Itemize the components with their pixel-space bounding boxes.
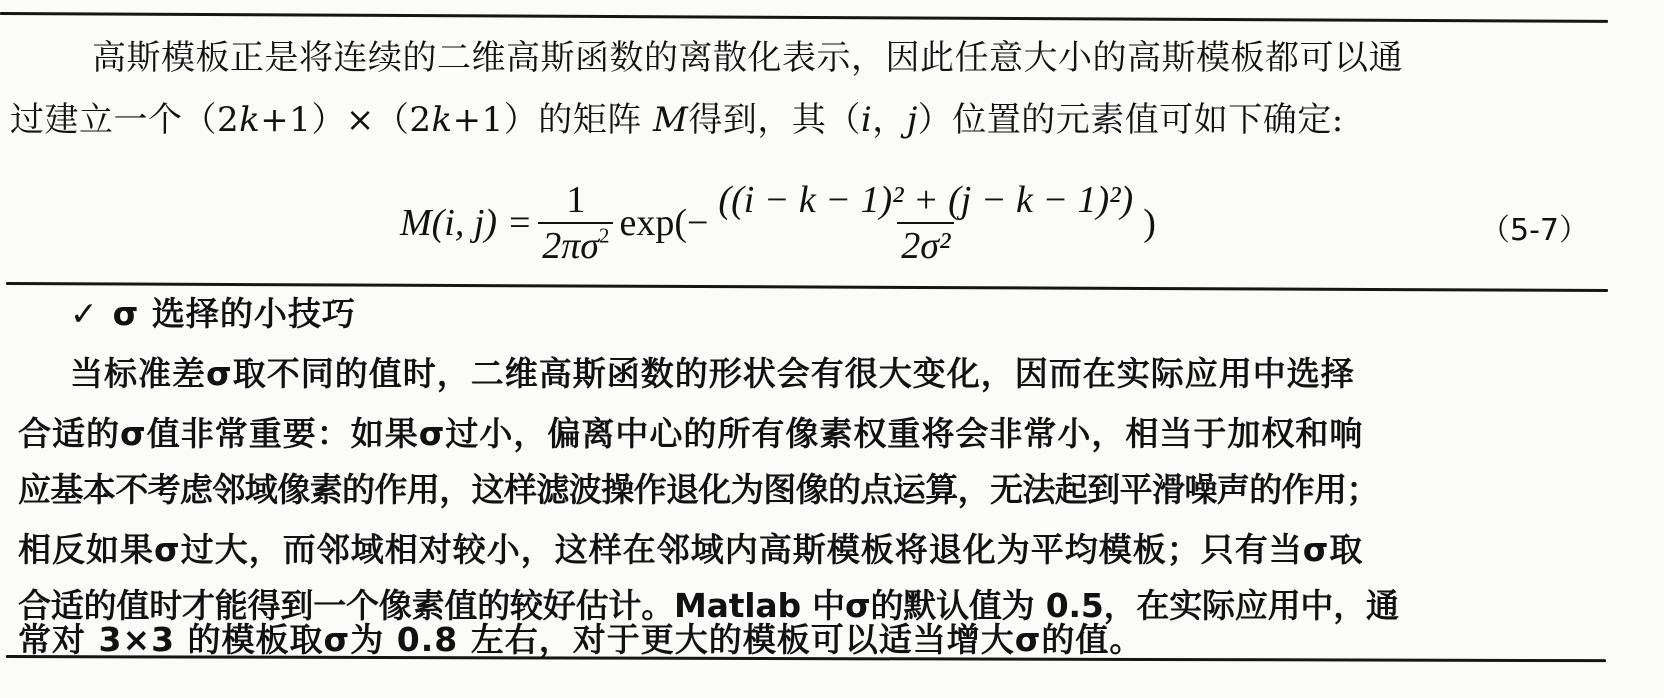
- formula-lhs: M(i, j) =: [400, 201, 532, 245]
- tip-line-4: 相反如果σ过大，而邻域相对较小，这样在邻域内高斯模板将退化为平均模板；只有当σ取: [18, 530, 1363, 570]
- exp-open: exp(−: [619, 201, 708, 245]
- equation-number: （5-7）: [1480, 205, 1589, 249]
- math-variable-k: k: [432, 100, 453, 140]
- math-variable-i: i: [861, 100, 872, 140]
- text-segment: ）位置的元素值可如下确定:: [918, 100, 1344, 140]
- tip-top-divider: [6, 282, 1608, 292]
- exponent-fraction: ((i − k − 1)² + (j − k − 1)²) 2σ²: [714, 180, 1137, 266]
- tip-heading: ✓σ 选择的小技巧: [70, 294, 356, 334]
- coefficient-denominator: 2πσ2: [538, 222, 613, 266]
- paragraph-text: 高斯模板正是将连续的二维高斯函数的离散化表示，因此任意大小的高斯模板都可以通: [92, 38, 1403, 78]
- paragraph-line-1: 高斯模板正是将连续的二维高斯函数的离散化表示，因此任意大小的高斯模板都可以通: [92, 38, 1403, 78]
- exponent-denominator: 2σ²: [897, 222, 954, 266]
- check-mark-icon: ✓: [70, 294, 99, 333]
- coefficient-numerator: 1: [562, 180, 589, 222]
- text-segment: +1）的矩阵: [453, 100, 642, 140]
- exp-close: ): [1143, 201, 1156, 245]
- math-variable-M: M: [653, 100, 688, 140]
- tip-line-2: 合适的σ值非常重要：如果σ过小，偏离中心的所有像素权重将会非常小，相当于加权和响: [18, 414, 1363, 454]
- tip-line-3: 应基本不考虑邻域像素的作用，这样滤波操作退化为图像的点运算，无法起到平滑噪声的作…: [18, 470, 1379, 510]
- tip-title: σ 选择的小技巧: [113, 294, 356, 333]
- math-variable-k: k: [239, 100, 260, 140]
- gaussian-formula: M(i, j) = 1 2πσ2 exp(− ((i − k − 1)² + (…: [400, 178, 1156, 268]
- paragraph-line-2: 过建立一个（2k+1）×（2k+1）的矩阵 M得到，其（i，j）位置的元素值可如…: [10, 100, 1344, 140]
- text-segment: ，: [872, 100, 907, 140]
- exponent-numerator: ((i − k − 1)² + (j − k − 1)²): [714, 180, 1137, 222]
- text-segment: 过建立一个（2: [10, 100, 239, 140]
- denominator-text: 2πσ: [542, 225, 599, 267]
- tip-line-6: 常对 3×3 的模板取σ为 0.8 左右，对于更大的模板可以适当增大σ的值。: [18, 620, 1143, 660]
- text-segment: +1）×（2: [260, 100, 431, 140]
- math-variable-j: j: [907, 100, 918, 140]
- text-segment: 得到，其（: [688, 100, 861, 140]
- tip-line-1: 当标准差σ取不同的值时，二维高斯函数的形状会有很大变化，因而在实际应用中选择: [70, 354, 1355, 394]
- top-divider: [0, 12, 1608, 23]
- coefficient-fraction: 1 2πσ2: [538, 180, 613, 266]
